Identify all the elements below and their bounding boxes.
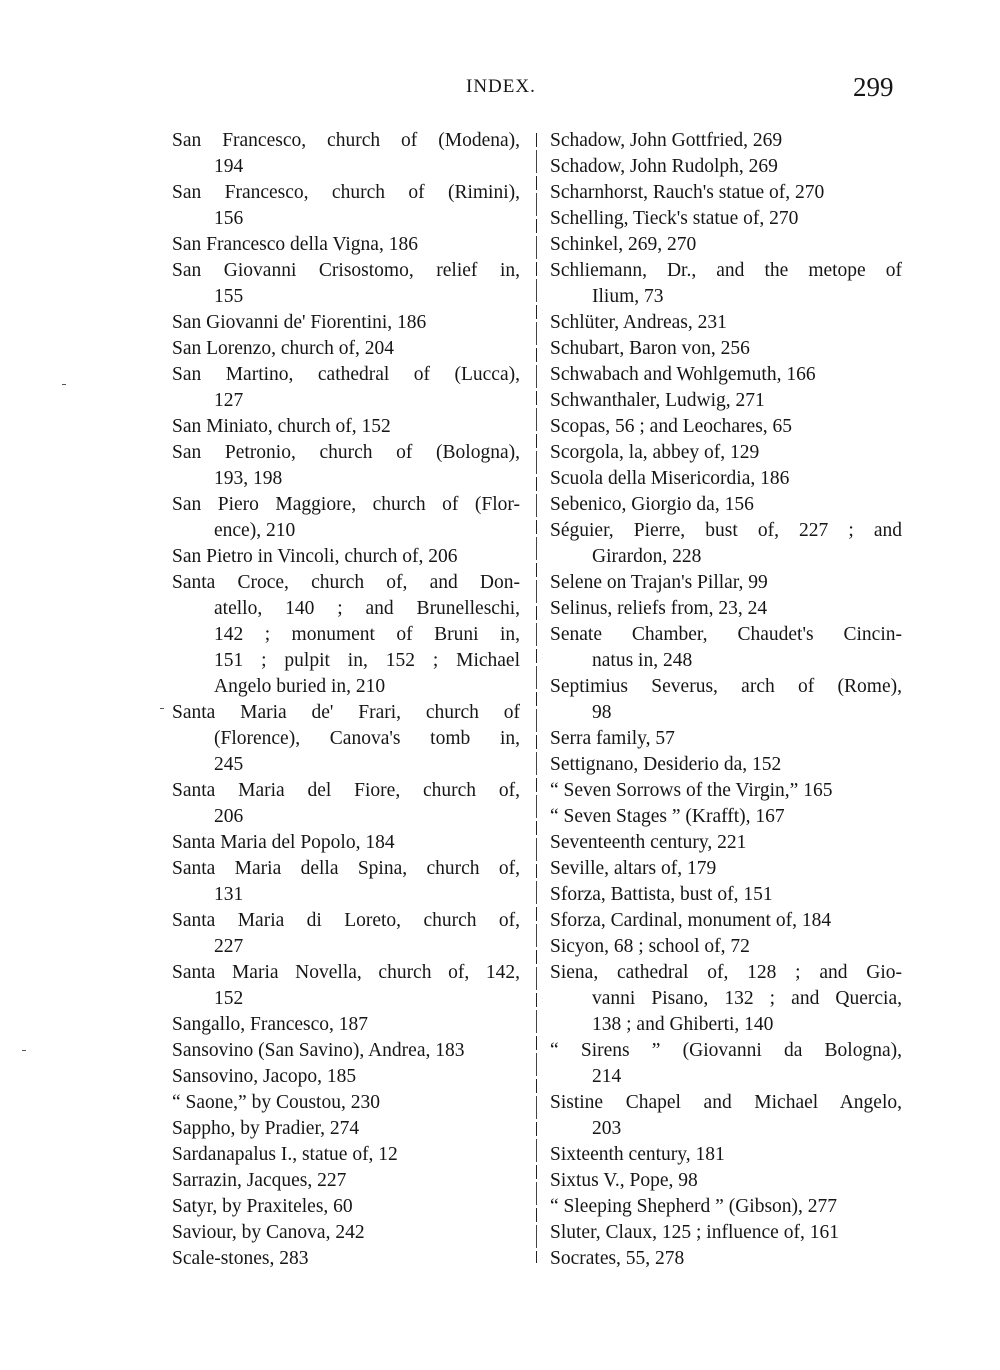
index-entry: Saviour, by Canova, 242 <box>172 1220 520 1246</box>
index-entry: San Martino, cathedral of (Lucca),127 <box>172 362 520 414</box>
index-entry-heading: Santa Croce, church of, and Don- <box>172 570 520 596</box>
index-entry-continuation: vanni Pisano, 132 ; and Quercia, <box>550 986 902 1012</box>
index-column-left: San Francesco, church of (Modena),194San… <box>172 128 520 1272</box>
index-entry-heading: Sansovino, Jacopo, 185 <box>172 1064 520 1090</box>
index-entry-heading: Satyr, by Praxiteles, 60 <box>172 1194 520 1220</box>
index-entry: Satyr, by Praxiteles, 60 <box>172 1194 520 1220</box>
index-entry: Sansovino, Jacopo, 185 <box>172 1064 520 1090</box>
index-entry: San Lorenzo, church of, 204 <box>172 336 520 362</box>
index-entry-heading: Sforza, Cardinal, monument of, 184 <box>550 908 902 934</box>
index-entry: Selinus, reliefs from, 23, 24 <box>550 596 902 622</box>
index-entry-continuation: (Florence), Canova's tomb in, <box>172 726 520 752</box>
index-entry-heading: Schwabach and Wohlgemuth, 166 <box>550 362 902 388</box>
column-divider <box>536 133 537 1263</box>
index-entry: Santa Maria della Spina, church of,131 <box>172 856 520 908</box>
index-entry: San Petronio, church of (Bologna),193, 1… <box>172 440 520 492</box>
index-entry-heading: Sangallo, Francesco, 187 <box>172 1012 520 1038</box>
index-entry: Sangallo, Francesco, 187 <box>172 1012 520 1038</box>
index-entry-continuation: 156 <box>172 206 520 232</box>
index-entry-heading: San Piero Maggiore, church of (Flor- <box>172 492 520 518</box>
page-number: 299 <box>853 72 894 103</box>
index-entry-continuation: Angelo buried in, 210 <box>172 674 520 700</box>
index-entry: Sixtus V., Pope, 98 <box>550 1168 902 1194</box>
index-entry-heading: Selinus, reliefs from, 23, 24 <box>550 596 902 622</box>
index-entry: Scorgola, la, abbey of, 129 <box>550 440 902 466</box>
index-entry-heading: San Francesco della Vigna, 186 <box>172 232 520 258</box>
index-entry-heading: Septimius Severus, arch of (Rome), <box>550 674 902 700</box>
index-entry-continuation: Ilium, 73 <box>550 284 902 310</box>
index-entry-continuation: 214 <box>550 1064 902 1090</box>
index-entry: Sluter, Claux, 125 ; influence of, 161 <box>550 1220 902 1246</box>
index-entry: Schadow, John Gottfried, 269 <box>550 128 902 154</box>
index-entry: Sappho, by Pradier, 274 <box>172 1116 520 1142</box>
index-entry: San Giovanni Crisostomo, relief in,155 <box>172 258 520 310</box>
index-entry: Serra family, 57 <box>550 726 902 752</box>
index-entry: Schwanthaler, Ludwig, 271 <box>550 388 902 414</box>
index-entry-continuation: atello, 140 ; and Brunelleschi, <box>172 596 520 622</box>
index-entry-heading: Schlüter, Andreas, 231 <box>550 310 902 336</box>
page-header: INDEX. 299 <box>0 72 1000 112</box>
index-entry-continuation: 227 <box>172 934 520 960</box>
index-entry-continuation: 194 <box>172 154 520 180</box>
index-entry-heading: Scopas, 56 ; and Leochares, 65 <box>550 414 902 440</box>
scan-speck <box>22 1050 26 1051</box>
index-entry: Scuola della Misericordia, 186 <box>550 466 902 492</box>
index-entry-heading: Scale-stones, 283 <box>172 1246 520 1272</box>
index-entry: “ Seven Sorrows of the Virgin,” 165 <box>550 778 902 804</box>
index-column-right: Schadow, John Gottfried, 269Schadow, Joh… <box>550 128 902 1272</box>
index-entry-heading: San Petronio, church of (Bologna), <box>172 440 520 466</box>
index-entry-continuation: ence), 210 <box>172 518 520 544</box>
index-entry: Septimius Severus, arch of (Rome),98 <box>550 674 902 726</box>
index-entry-heading: San Martino, cathedral of (Lucca), <box>172 362 520 388</box>
index-entry: Schadow, John Rudolph, 269 <box>550 154 902 180</box>
index-entry-heading: Sforza, Battista, bust of, 151 <box>550 882 902 908</box>
index-entry-heading: Scharnhorst, Rauch's statue of, 270 <box>550 180 902 206</box>
index-entry-heading: Schwanthaler, Ludwig, 271 <box>550 388 902 414</box>
index-entry: Santa Croce, church of, and Don-atello, … <box>172 570 520 700</box>
index-entry: Seventeenth century, 221 <box>550 830 902 856</box>
index-entry-continuation: 127 <box>172 388 520 414</box>
index-entry-heading: Santa Maria del Fiore, church of, <box>172 778 520 804</box>
index-entry: Scharnhorst, Rauch's statue of, 270 <box>550 180 902 206</box>
index-entry-heading: “ Saone,” by Coustou, 230 <box>172 1090 520 1116</box>
index-entry-continuation: 245 <box>172 752 520 778</box>
index-entry: San Giovanni de' Fiorentini, 186 <box>172 310 520 336</box>
index-entry-heading: Scuola della Misericordia, 186 <box>550 466 902 492</box>
index-entry: Sebenico, Giorgio da, 156 <box>550 492 902 518</box>
index-entry: Sixteenth century, 181 <box>550 1142 902 1168</box>
index-entry: Santa Maria de' Frari, church of(Florenc… <box>172 700 520 778</box>
index-entry-heading: San Pietro in Vincoli, church of, 206 <box>172 544 520 570</box>
index-entry: “ Sleeping Shepherd ” (Gibson), 277 <box>550 1194 902 1220</box>
index-entry: Scale-stones, 283 <box>172 1246 520 1272</box>
index-entry: Settignano, Desiderio da, 152 <box>550 752 902 778</box>
index-entry: Sardanapalus I., statue of, 12 <box>172 1142 520 1168</box>
scan-speck <box>160 708 164 709</box>
index-entry-continuation: 206 <box>172 804 520 830</box>
index-entry-continuation: 98 <box>550 700 902 726</box>
index-entry: Seville, altars of, 179 <box>550 856 902 882</box>
index-entry: Santa Maria Novella, church of, 142,152 <box>172 960 520 1012</box>
index-entry-heading: “ Seven Sorrows of the Virgin,” 165 <box>550 778 902 804</box>
index-entry-heading: Sistine Chapel and Michael Angelo, <box>550 1090 902 1116</box>
index-entry-heading: Socrates, 55, 278 <box>550 1246 902 1272</box>
index-entry-heading: Saviour, by Canova, 242 <box>172 1220 520 1246</box>
index-entry: “ Saone,” by Coustou, 230 <box>172 1090 520 1116</box>
index-entry-continuation: 203 <box>550 1116 902 1142</box>
index-entry-heading: Séguier, Pierre, bust of, 227 ; and <box>550 518 902 544</box>
index-entry: Sforza, Battista, bust of, 151 <box>550 882 902 908</box>
index-entry: Selene on Trajan's Pillar, 99 <box>550 570 902 596</box>
index-entry-heading: Sappho, by Pradier, 274 <box>172 1116 520 1142</box>
index-entry: San Pietro in Vincoli, church of, 206 <box>172 544 520 570</box>
index-entry: “ Seven Stages ” (Krafft), 167 <box>550 804 902 830</box>
index-entry-heading: Seville, altars of, 179 <box>550 856 902 882</box>
index-entry: San Francesco della Vigna, 186 <box>172 232 520 258</box>
index-entry-heading: “ Sleeping Shepherd ” (Gibson), 277 <box>550 1194 902 1220</box>
index-entry-heading: San Miniato, church of, 152 <box>172 414 520 440</box>
index-entry-continuation: 138 ; and Ghiberti, 140 <box>550 1012 902 1038</box>
index-entry: Schwabach and Wohlgemuth, 166 <box>550 362 902 388</box>
index-entry-heading: Settignano, Desiderio da, 152 <box>550 752 902 778</box>
index-entry-heading: Santa Maria de' Frari, church of <box>172 700 520 726</box>
index-entry-heading: Schelling, Tieck's statue of, 270 <box>550 206 902 232</box>
index-entry-heading: San Francesco, church of (Modena), <box>172 128 520 154</box>
index-entry-heading: Selene on Trajan's Pillar, 99 <box>550 570 902 596</box>
index-entry-continuation: 152 <box>172 986 520 1012</box>
index-entry: Socrates, 55, 278 <box>550 1246 902 1272</box>
index-entry: San Francesco, church of (Rimini),156 <box>172 180 520 232</box>
index-entry-heading: Sarrazin, Jacques, 227 <box>172 1168 520 1194</box>
index-entry: Santa Maria di Loreto, church of,227 <box>172 908 520 960</box>
index-entry: Santa Maria del Fiore, church of,206 <box>172 778 520 830</box>
index-entry: Séguier, Pierre, bust of, 227 ; andGirar… <box>550 518 902 570</box>
index-entry: San Miniato, church of, 152 <box>172 414 520 440</box>
index-entry-heading: “ Seven Stages ” (Krafft), 167 <box>550 804 902 830</box>
index-entry: San Francesco, church of (Modena),194 <box>172 128 520 180</box>
index-entry-continuation: Girardon, 228 <box>550 544 902 570</box>
index-entry: Sistine Chapel and Michael Angelo,203 <box>550 1090 902 1142</box>
index-entry: Schinkel, 269, 270 <box>550 232 902 258</box>
index-entry: Siena, cathedral of, 128 ; and Gio-vanni… <box>550 960 902 1038</box>
index-entry-heading: Santa Maria Novella, church of, 142, <box>172 960 520 986</box>
index-entry-heading: “ Sirens ” (Giovanni da Bologna), <box>550 1038 902 1064</box>
index-entry: Scopas, 56 ; and Leochares, 65 <box>550 414 902 440</box>
index-entry-continuation: 131 <box>172 882 520 908</box>
index-entry: Schliemann, Dr., and the metope ofIlium,… <box>550 258 902 310</box>
index-entry-heading: San Lorenzo, church of, 204 <box>172 336 520 362</box>
index-entry-heading: Schinkel, 269, 270 <box>550 232 902 258</box>
index-entry-heading: Sixtus V., Pope, 98 <box>550 1168 902 1194</box>
index-entry-heading: Sebenico, Giorgio da, 156 <box>550 492 902 518</box>
index-entry-heading: San Francesco, church of (Rimini), <box>172 180 520 206</box>
index-entry-heading: Senate Chamber, Chaudet's Cincin- <box>550 622 902 648</box>
index-entry-heading: Sicyon, 68 ; school of, 72 <box>550 934 902 960</box>
index-entry-continuation: 142 ; monument of Bruni in, <box>172 622 520 648</box>
scan-speck <box>62 384 66 385</box>
index-entry-continuation: natus in, 248 <box>550 648 902 674</box>
index-entry: Sicyon, 68 ; school of, 72 <box>550 934 902 960</box>
index-entry: Sansovino (San Savino), Andrea, 183 <box>172 1038 520 1064</box>
index-entry-heading: Sixteenth century, 181 <box>550 1142 902 1168</box>
index-entry-heading: Seventeenth century, 221 <box>550 830 902 856</box>
index-entry-heading: Schliemann, Dr., and the metope of <box>550 258 902 284</box>
index-entry-continuation: 155 <box>172 284 520 310</box>
index-entry: Schelling, Tieck's statue of, 270 <box>550 206 902 232</box>
index-entry-continuation: 151 ; pulpit in, 152 ; Michael <box>172 648 520 674</box>
running-title: INDEX. <box>466 76 536 98</box>
index-entry-heading: Schadow, John Gottfried, 269 <box>550 128 902 154</box>
index-entry-heading: Sansovino (San Savino), Andrea, 183 <box>172 1038 520 1064</box>
index-entry-heading: Schadow, John Rudolph, 269 <box>550 154 902 180</box>
index-entry: Senate Chamber, Chaudet's Cincin-natus i… <box>550 622 902 674</box>
index-entry: San Piero Maggiore, church of (Flor-ence… <box>172 492 520 544</box>
index-entry-continuation: 193, 198 <box>172 466 520 492</box>
index-entry-heading: San Giovanni de' Fiorentini, 186 <box>172 310 520 336</box>
index-entry-heading: San Giovanni Crisostomo, relief in, <box>172 258 520 284</box>
index-entry: Sarrazin, Jacques, 227 <box>172 1168 520 1194</box>
index-entry-heading: Santa Maria del Popolo, 184 <box>172 830 520 856</box>
index-entry: Schlüter, Andreas, 231 <box>550 310 902 336</box>
index-entry: Schubart, Baron von, 256 <box>550 336 902 362</box>
index-entry-heading: Schubart, Baron von, 256 <box>550 336 902 362</box>
index-entry-heading: Scorgola, la, abbey of, 129 <box>550 440 902 466</box>
index-entry-heading: Sluter, Claux, 125 ; influence of, 161 <box>550 1220 902 1246</box>
index-entry-heading: Santa Maria della Spina, church of, <box>172 856 520 882</box>
index-entry-heading: Serra family, 57 <box>550 726 902 752</box>
index-entry-heading: Sardanapalus I., statue of, 12 <box>172 1142 520 1168</box>
index-entry-heading: Siena, cathedral of, 128 ; and Gio- <box>550 960 902 986</box>
index-entry: “ Sirens ” (Giovanni da Bologna),214 <box>550 1038 902 1090</box>
index-entry-heading: Santa Maria di Loreto, church of, <box>172 908 520 934</box>
index-entry: Santa Maria del Popolo, 184 <box>172 830 520 856</box>
index-entry: Sforza, Cardinal, monument of, 184 <box>550 908 902 934</box>
